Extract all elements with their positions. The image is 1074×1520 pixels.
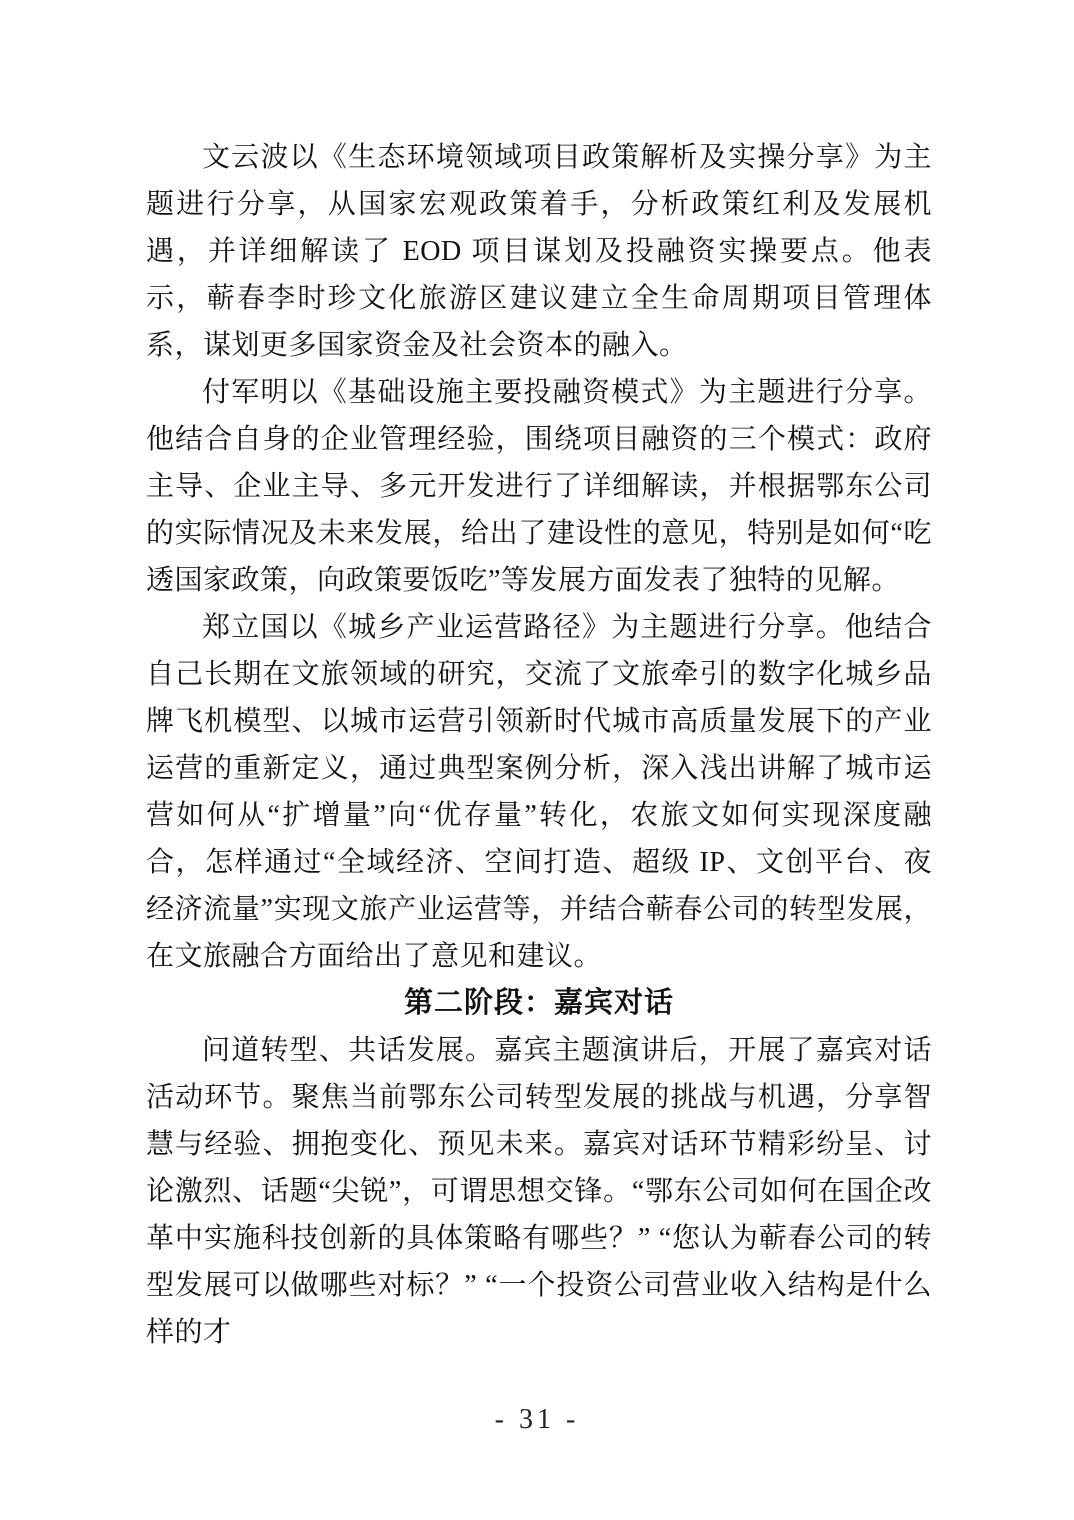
paragraph-guest-dialogue: 问道转型、共话发展。嘉宾主题演讲后，开展了嘉宾对话活动环节。聚焦当前鄂东公司转型… [146,1027,932,1356]
section-heading-stage2: 第二阶段：嘉宾对话 [146,980,932,1027]
paragraph-fujunming: 付军明以《基础设施主要投融资模式》为主题进行分享。他结合自身的企业管理经验，围绕… [146,369,932,604]
document-page: 文云波以《生态环境领域项目政策解析及实操分享》为主题进行分享，从国家宏观政策着手… [0,0,1074,1520]
text-block: 文云波以《生态环境领域项目政策解析及实操分享》为主题进行分享，从国家宏观政策着手… [146,134,932,1356]
paragraph-zhengliguo: 郑立国以《城乡产业运营路径》为主题进行分享。他结合自己长期在文旅领域的研究，交流… [146,604,932,980]
paragraph-wenyunbo: 文云波以《生态环境领域项目政策解析及实操分享》为主题进行分享，从国家宏观政策着手… [146,134,932,369]
page-number: - 31 - [0,1402,1074,1438]
